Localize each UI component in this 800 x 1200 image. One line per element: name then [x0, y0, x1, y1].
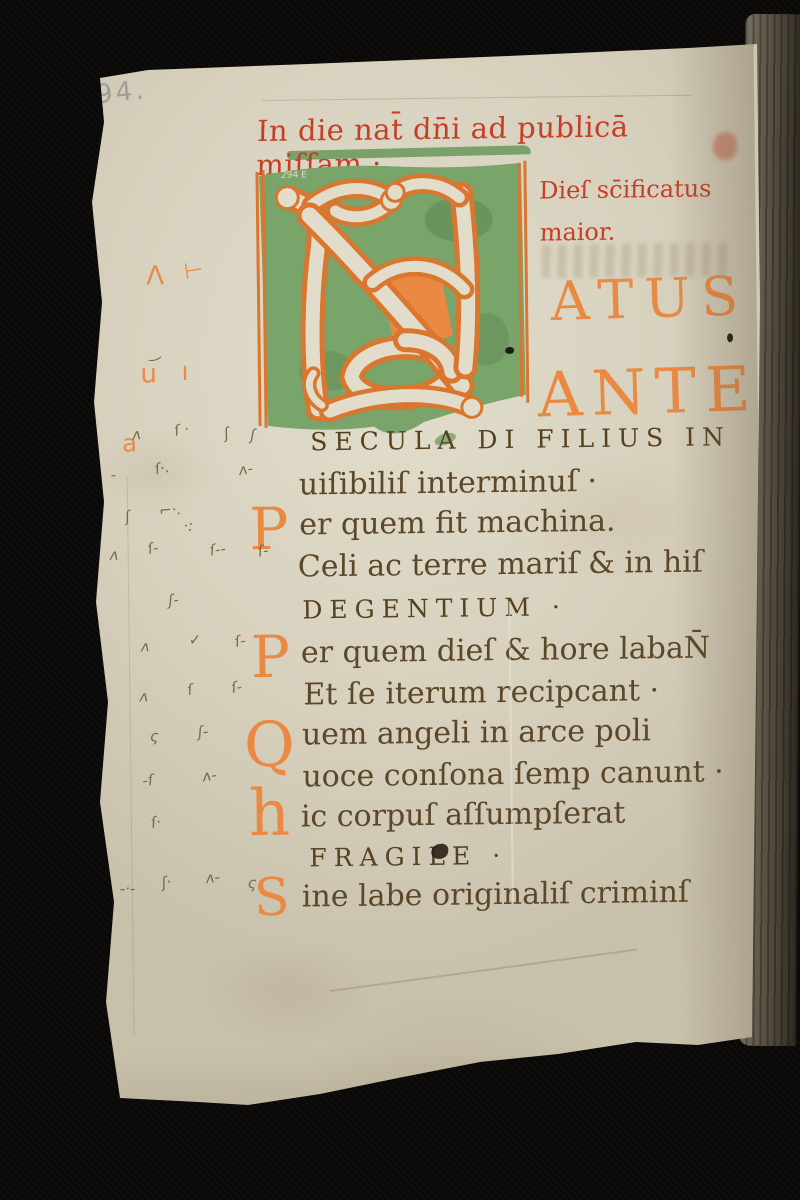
crease-line: [127, 476, 135, 1036]
margin-neume: ʌ: [141, 639, 150, 654]
margin-neume: ✓: [189, 633, 202, 648]
marginalia-block: Λ⊢uıa‿ʌſ ·ʃʃ-ſ·.ʌ-ʃ⌐·.·:ʌſ-ſ--ſ-ʃ-ʌ✓ſ-ʌſ…: [81, 38, 753, 46]
crease-line: [330, 949, 637, 993]
margin-neume: ʌ-: [201, 768, 217, 785]
margin-neume: ſ·.: [153, 460, 170, 477]
versal-initial-Q: Q: [244, 714, 296, 777]
verse-line-1: SECULA DI FILIUS IN: [310, 422, 731, 456]
verse-block: SECULA DI FILIUS INuiſibiliſ interminuſ …: [81, 38, 753, 46]
illuminated-initial-N: 294 E: [253, 157, 532, 436]
manuscript-page: 94. In die nat̄ dn̄i ad publicā miſſam …: [88, 42, 760, 1120]
margin-neume: ſ: [186, 683, 193, 699]
margin-neume: ſ·: [150, 815, 162, 831]
margin-neume: ʌ-: [238, 461, 254, 478]
side-rubric-line2: maior.: [539, 218, 615, 247]
margin-neume: ʌ: [110, 548, 119, 563]
verse-line-12: ine labe originaliſ criminſ: [302, 875, 689, 915]
photo-background: 94. In die nat̄ dn̄i ad publicā miſſam …: [0, 0, 800, 1200]
margin-letter: Λ: [146, 263, 164, 289]
dark-speck: [505, 347, 514, 354]
margin-neume: ʃ: [250, 428, 255, 443]
margin-neume: ʌ: [131, 427, 141, 443]
versal-initial-P: P: [251, 628, 291, 686]
margin-neume: ʃ-: [168, 593, 180, 609]
margin-neume: ſ-: [230, 680, 243, 696]
versal-initial-h: h: [248, 782, 290, 846]
margin-neume: ‿: [145, 344, 161, 362]
margin-neume: ſ--: [209, 541, 227, 558]
margin-neume: ς: [248, 876, 257, 891]
verse-line-9: uoce conſona ſemp canunt ·: [302, 754, 724, 794]
margin-neume: ·:: [183, 519, 193, 534]
margin-letter: ⊢: [183, 259, 205, 284]
folio-number: 94.: [95, 75, 148, 110]
margin-neume: -·-: [120, 882, 136, 897]
verse-line-6: er quem dieſ & hore labaN̄: [301, 631, 710, 671]
margin-neume: ʌ: [139, 689, 148, 704]
red-dot: [100, 892, 105, 897]
margin-letter: u: [140, 361, 157, 387]
margin-letter: ı: [181, 359, 189, 385]
versal-initial-S: S: [254, 872, 290, 924]
versal-initial-P: P: [249, 500, 289, 558]
page-curl-shading: [667, 38, 766, 1117]
verse-line-2: uiſibiliſ interminuſ ·: [299, 464, 597, 503]
page-bottom-shading: [94, 1046, 767, 1124]
verse-line-4: Celi ac terre mariſ & in hiſ: [298, 545, 703, 585]
margin-neume: ʌ-: [205, 870, 221, 887]
verse-line-5: DEGENTIUM ·: [302, 592, 567, 624]
verse-line-3: er quem fit machina.: [299, 504, 615, 543]
verse-line-7: Et ſe iterum recipcant ·: [303, 673, 659, 712]
verse-line-8: uem angeli in arce poli: [302, 713, 651, 752]
page-content: 94. In die nat̄ dn̄i ad publicā miſſam …: [81, 38, 766, 1124]
tiny-white-inscription: 294 E: [281, 170, 307, 180]
margin-neume: ſ ·: [173, 422, 190, 439]
margin-neume: ſ-: [233, 633, 246, 650]
margin-neume: ʃ·: [160, 874, 172, 891]
verse-line-11: FRAGILE ·: [309, 841, 507, 872]
margin-neume: ſ-: [146, 540, 159, 557]
margin-neume: ʃ: [124, 509, 132, 525]
margin-neume: ⌐·.: [158, 502, 181, 519]
crease-line: [262, 95, 692, 101]
margin-neume: ʃ: [223, 426, 231, 442]
margin-neume: ſ-: [257, 543, 270, 559]
margin-neume: -ſ: [142, 773, 154, 789]
margin-neume: ʃ-: [197, 724, 209, 740]
margin-neume: -: [111, 468, 117, 483]
margin-neume: ς: [150, 729, 159, 744]
verse-line-10: ic corpuſ aſſumpſerat: [301, 796, 626, 835]
